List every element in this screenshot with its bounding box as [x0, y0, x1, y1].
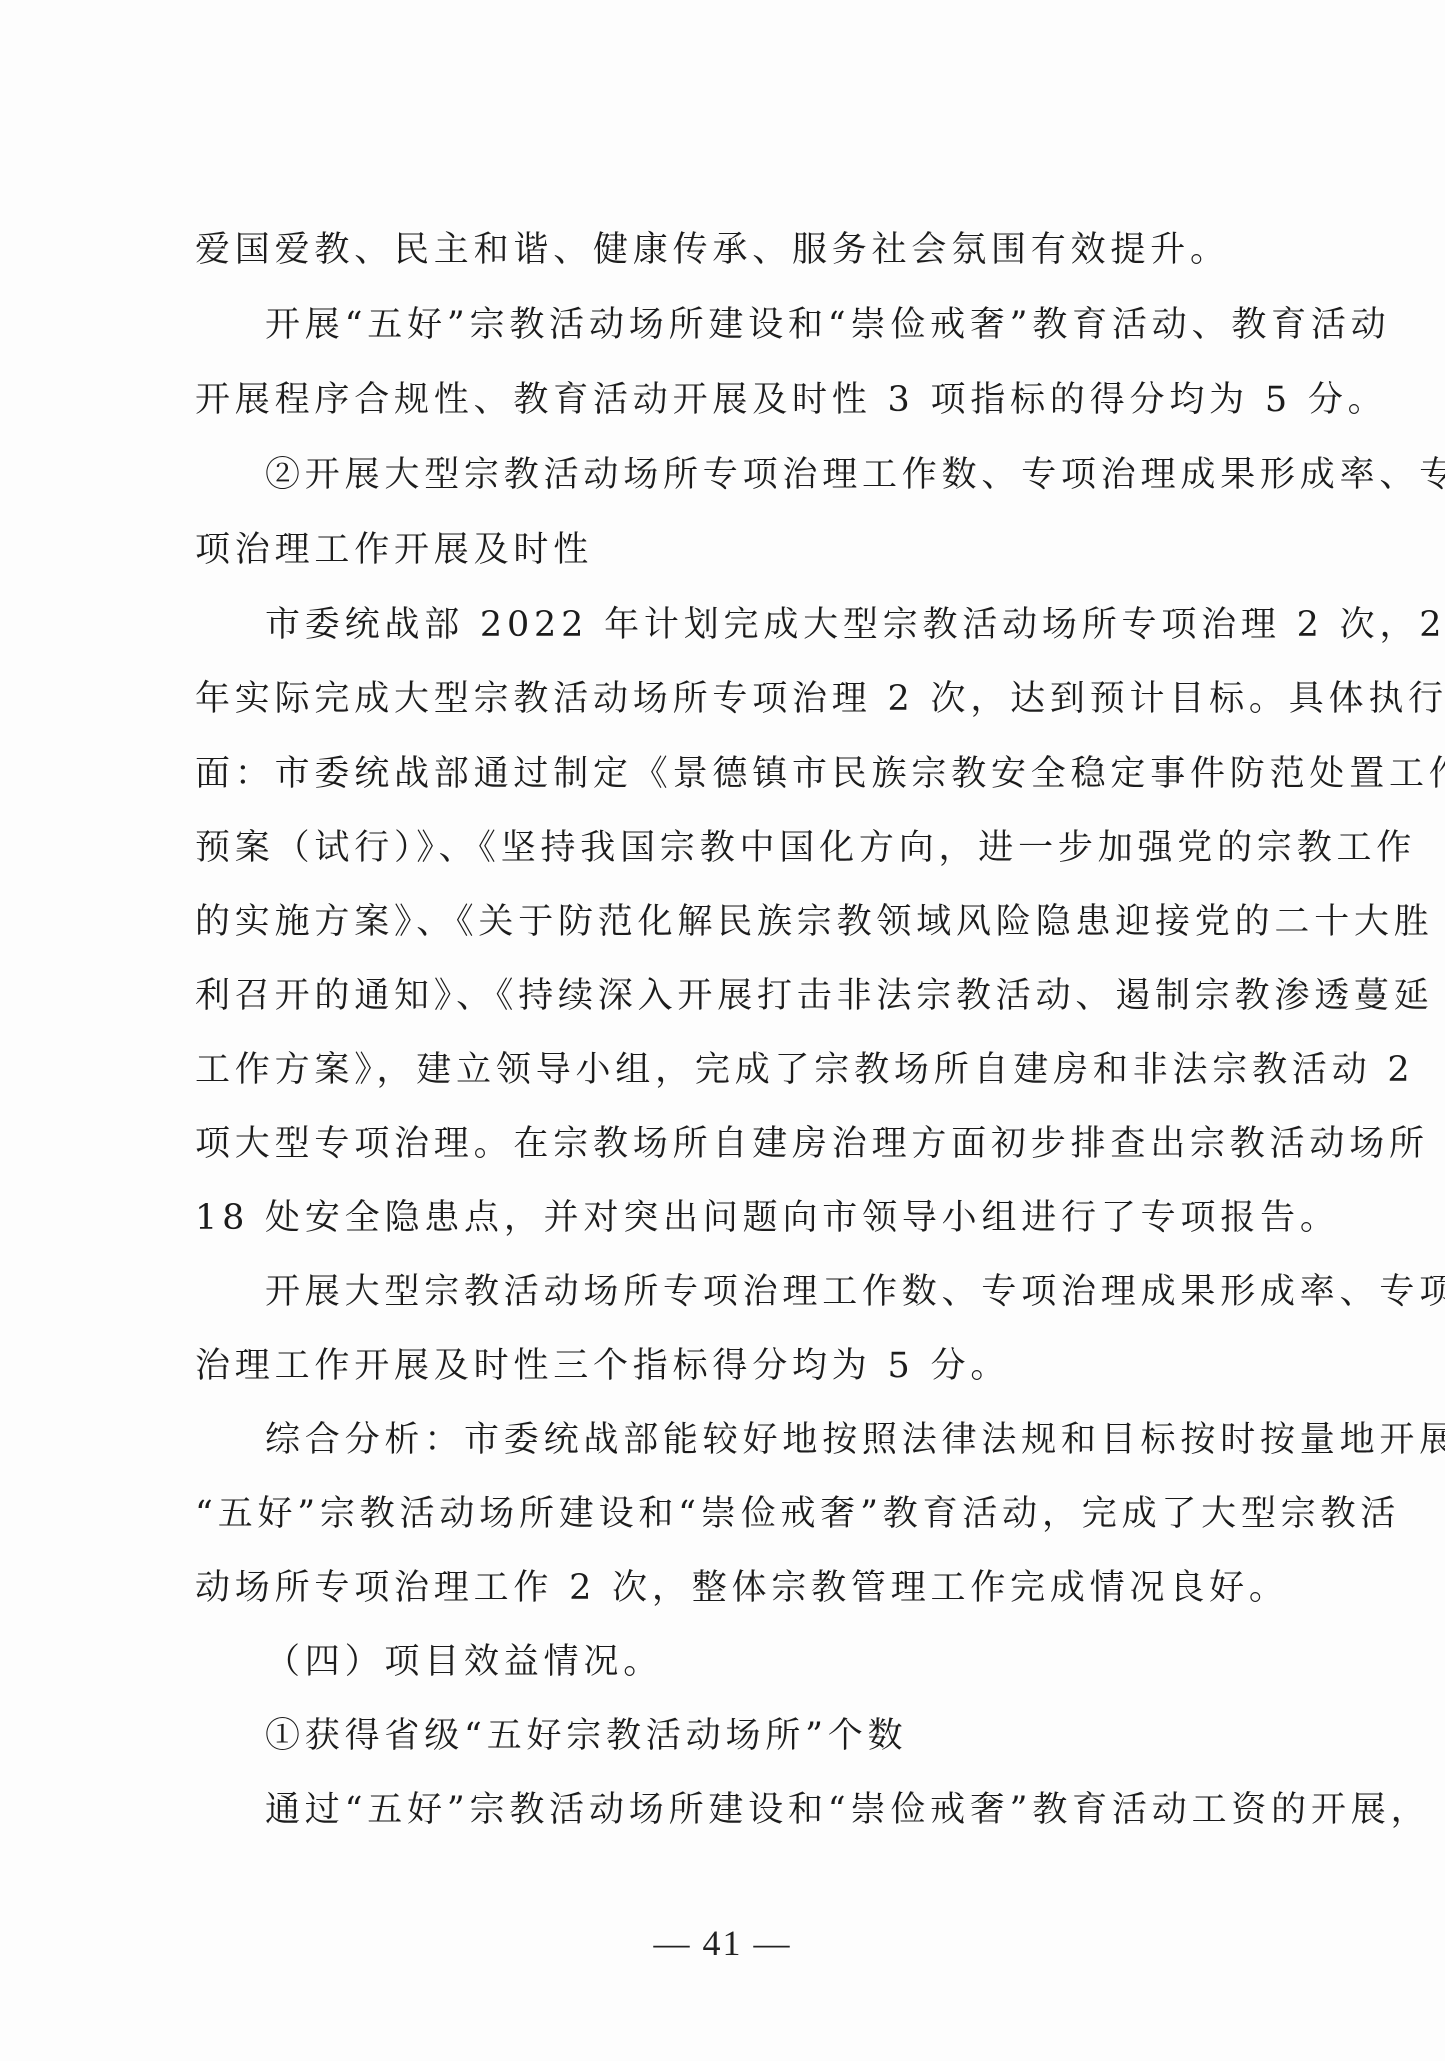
summary-line-3: 动场所专项治理工作 2 次，整体宗教管理工作完成情况良好。: [195, 1562, 1300, 1614]
text-line-11: 利召开的通知》、《持续深入开展打击非法宗教活动、遏制宗教渗透蔓延: [195, 970, 1300, 1022]
text-line-8: 面：市委统战部通过制定《景德镇市民族宗教安全稳定事件防范处置工作: [195, 748, 1300, 800]
text-line-7: 年实际完成大型宗教活动场所专项治理 2 次，达到预计目标。具体执行方: [195, 673, 1300, 725]
text-line-6: 市委统战部 2022 年计划完成大型宗教活动场所专项治理 2 次，2022: [265, 599, 1300, 651]
text-line-10: 的实施方案》、《关于防范化解民族宗教领域风险隐患迎接党的二十大胜: [195, 896, 1300, 948]
summary-line-1: 综合分析：市委统战部能较好地按照法律法规和目标按时按量地开展: [265, 1414, 1300, 1466]
sub-heading-1: ①获得省级“五好宗教活动场所”个数: [265, 1710, 1300, 1762]
text-line-13: 项大型专项治理。在宗教场所自建房治理方面初步排查出宗教活动场所: [195, 1118, 1300, 1170]
document-page: 爱国爱教、民主和谐、健康传承、服务社会氛围有效提升。 开展“五好”宗教活动场所建…: [0, 0, 1445, 2061]
text-line-22: 通过“五好”宗教活动场所建设和“崇俭戒奢”教育活动工资的开展，: [265, 1784, 1300, 1836]
section-heading-2-cont: 项治理工作开展及时性: [195, 524, 1300, 576]
text-line-3: 开展程序合规性、教育活动开展及时性 3 项指标的得分均为 5 分。: [195, 374, 1300, 426]
text-line-1: 爱国爱教、民主和谐、健康传承、服务社会氛围有效提升。: [195, 224, 1300, 276]
section-heading-2: ②开展大型宗教活动场所专项治理工作数、专项治理成果形成率、专: [265, 449, 1300, 501]
section-heading-4: （四）项目效益情况。: [265, 1636, 1300, 1688]
text-line-12: 工作方案》，建立领导小组，完成了宗教场所自建房和非法宗教活动 2: [195, 1044, 1300, 1096]
summary-line-2: “五好”宗教活动场所建设和“崇俭戒奢”教育活动，完成了大型宗教活: [195, 1488, 1300, 1540]
text-line-2: 开展“五好”宗教活动场所建设和“崇俭戒奢”教育活动、教育活动: [265, 299, 1300, 351]
text-line-16: 治理工作开展及时性三个指标得分均为 5 分。: [195, 1340, 1300, 1392]
text-line-15: 开展大型宗教活动场所专项治理工作数、专项治理成果形成率、专项: [265, 1266, 1300, 1318]
text-line-9: 预案（试行）》、《坚持我国宗教中国化方向，进一步加强党的宗教工作: [195, 822, 1300, 874]
page-number: — 41 —: [0, 1922, 1445, 1964]
text-line-14: 18 处安全隐患点，并对突出问题向市领导小组进行了专项报告。: [195, 1192, 1300, 1244]
